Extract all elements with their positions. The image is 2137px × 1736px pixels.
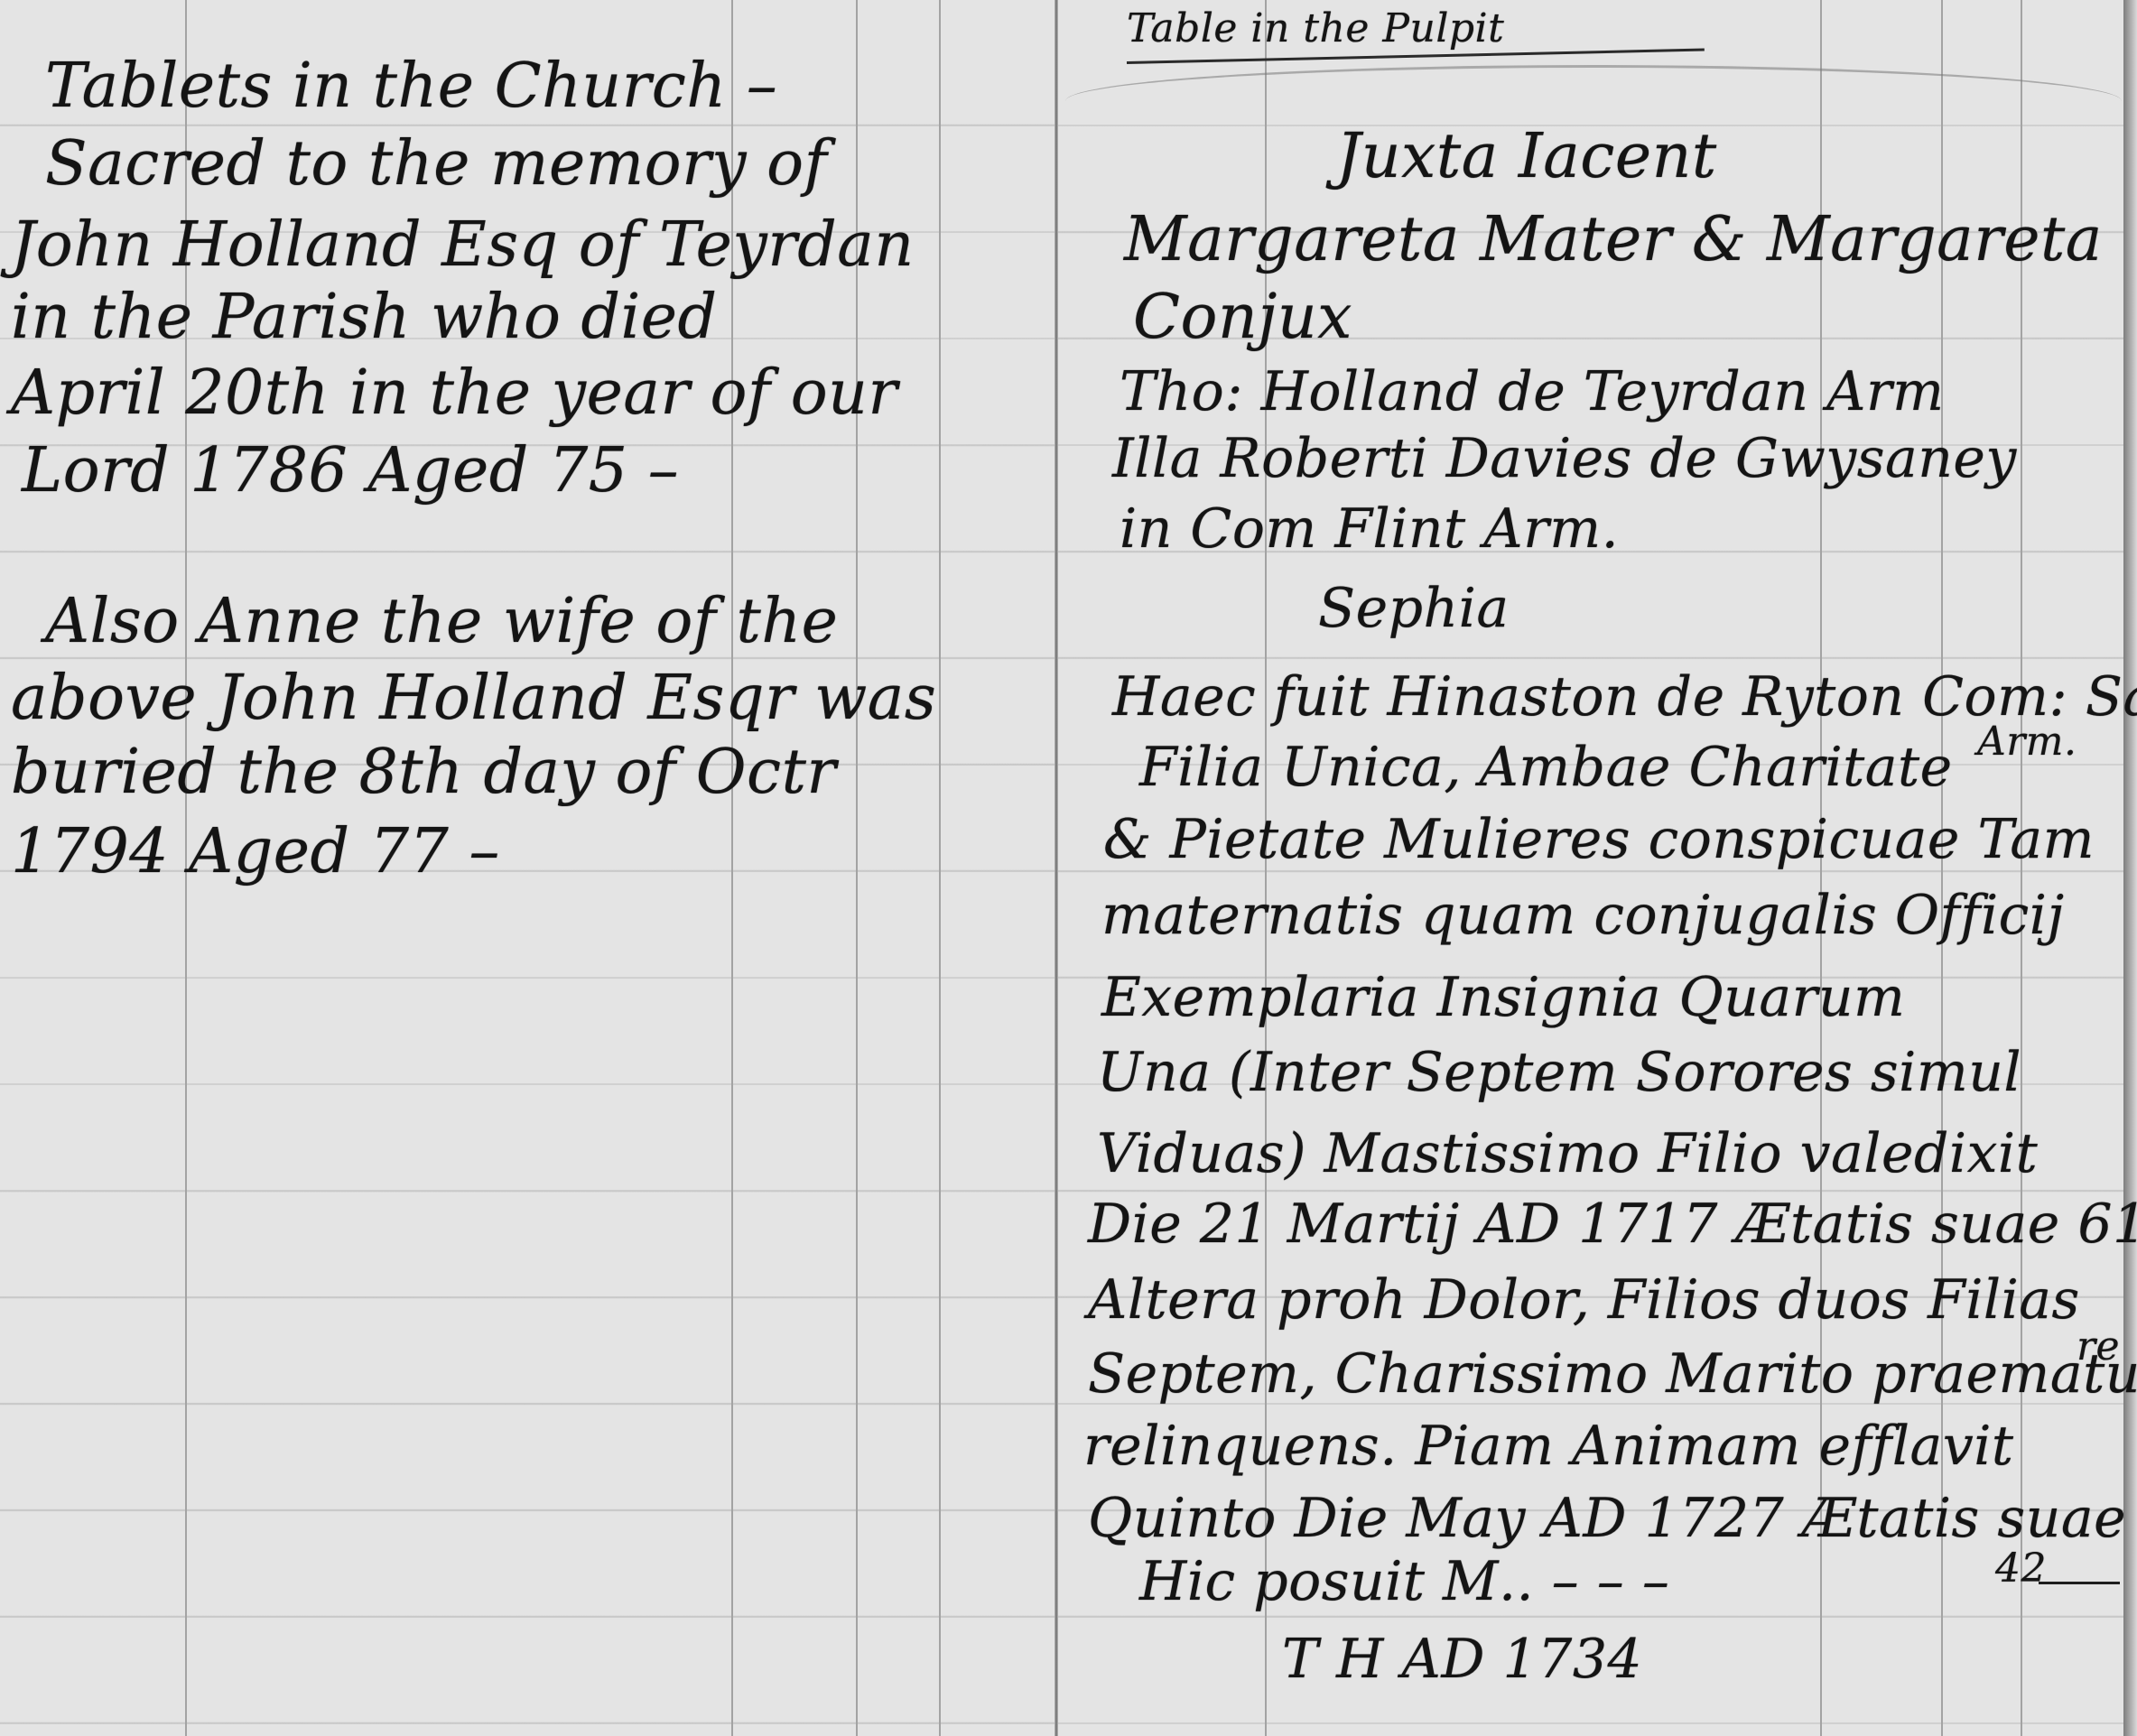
epitaph-line: Die 21 Martij AD 1717 Ætatis suae 61 (1088, 1197, 2137, 1251)
inscription-line: Sacred to the memory of (45, 134, 827, 195)
epitaph-line: Hic posuit M.. – – – (1139, 1555, 1669, 1609)
marginal-addition: re (2077, 1327, 2120, 1367)
epitaph-line: Una (Inter Septem Sorores simul (1097, 1045, 2021, 1100)
book-gutter (1055, 0, 1058, 1736)
epitaph-line: Margareta Mater & Margareta (1124, 209, 2103, 271)
epitaph-line: Filia Unica, Ambae Charitate (1139, 740, 1953, 794)
epitaph-line: Viduas) Mastissimo Filio valedixit (1097, 1127, 2038, 1181)
inscription-line: 1794 Aged 77 – (11, 822, 500, 883)
inscription-line: April 20th in the year of our (11, 363, 897, 424)
epitaph-line: & Pietate Mulieres conspicuae Tam (1103, 812, 2095, 867)
left-page-heading: Tablets in the Church – (45, 56, 777, 117)
inscription-line: buried the 8th day of Octr (11, 742, 836, 803)
epitaph-line: Quinto Die May AD 1727 Ætatis suae (1088, 1491, 2126, 1546)
epitaph-line: Tho: Holland de Teyrdan Arm (1120, 365, 1945, 419)
inscription-line: Also Anne the wife of the (45, 591, 838, 653)
flourish-stroke (2039, 1582, 2120, 1584)
epitaph-line: Illa Roberti Davies de Gwysaney (1112, 432, 2017, 486)
epitaph-line: Altera proh Dolor, Filios duos Filias (1088, 1273, 2080, 1327)
epitaph-signature: T H AD 1734 (1282, 1632, 1642, 1686)
epitaph-line: maternatis quam conjugalis Officij (1101, 888, 2065, 942)
ledger-rule (939, 0, 941, 1736)
epitaph-line: Septem, Charissimo Marito praematurae (1088, 1347, 2137, 1401)
inscription-line: John Holland Esq of Teyrdan (11, 215, 915, 276)
epitaph-line: Conjux (1133, 287, 1352, 348)
epitaph-line: relinquens. Piam Animam efflavit (1083, 1419, 2014, 1473)
right-page-heading: Table in the Pulpit (1127, 9, 1504, 49)
epitaph-line: in Com Flint Arm. (1120, 502, 1619, 556)
inscription-line: in the Parish who died (11, 287, 718, 348)
page-edge (2123, 0, 2137, 1736)
inscription-line: Lord 1786 Aged 75 – (22, 441, 679, 502)
marginal-addition: Arm. (1977, 722, 2077, 762)
inscription-line: above John Holland Esqr was (11, 668, 936, 729)
epitaph-title: Juxta Iacent (1336, 126, 1717, 188)
epitaph-line: Sephia (1318, 581, 1510, 636)
epitaph-line: Haec fuit Hinaston de Ryton Com: Salop (1112, 670, 2137, 724)
epitaph-line: Exemplaria Insignia Quarum (1101, 970, 1905, 1025)
